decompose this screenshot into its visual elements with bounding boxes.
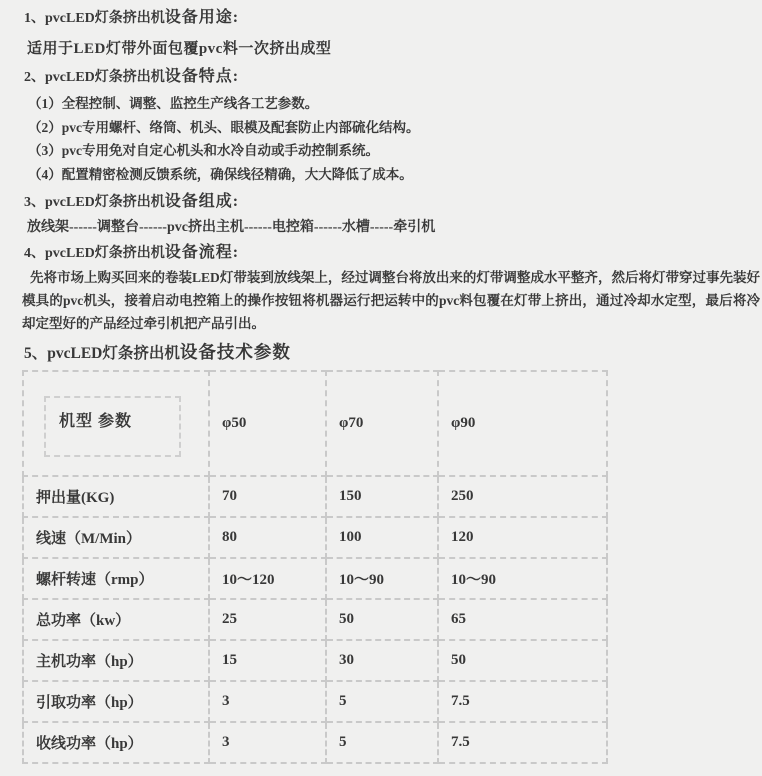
heading-features-prefix: 2、pvcLED灯条挤出机 xyxy=(24,70,165,85)
feature-item-3: （3）pvc专用免对自定心机头和水冷自动或手动控制系统。 xyxy=(28,139,762,163)
heading-composition-prefix: 3、pvcLED灯条挤出机 xyxy=(24,195,165,210)
table-row-output: 押出量(KG) 70 150 250 xyxy=(23,476,607,517)
heading-specs-suffix: 设备技术参数 xyxy=(180,342,291,362)
cell-value: 70 xyxy=(209,476,326,517)
heading-usage-prefix: 1、pvcLED灯条挤出机 xyxy=(24,11,165,26)
heading-features: 2、pvcLED灯条挤出机设备特点: xyxy=(24,66,762,89)
cell-value: 25 xyxy=(209,599,326,640)
cell-value: 250 xyxy=(438,476,607,517)
row-label: 总功率（kw） xyxy=(23,599,209,640)
feature-item-1: （1）全程控制、调整、监控生产线各工艺参数。 xyxy=(28,92,762,116)
cell-value: 10～90 xyxy=(326,558,438,599)
cell-value: 7.5 xyxy=(438,681,607,722)
table-row-main-power: 主机功率（hp） 15 30 50 xyxy=(23,640,607,681)
feature-item-2: （2）pvc专用螺杆、络筒、机头、眼模及配套防止内部硫化结构。 xyxy=(28,116,762,140)
heading-usage: 1、pvcLED灯条挤出机设备用途: xyxy=(24,7,762,30)
heading-process: 4、pvcLED灯条挤出机设备流程: xyxy=(24,242,762,265)
cell-value: 50 xyxy=(438,640,607,681)
table-corner-cell: 机型 参数 xyxy=(23,371,209,476)
table-header-row: 机型 参数 φ50 φ70 φ90 xyxy=(23,371,607,476)
cell-value: 5 xyxy=(326,722,438,763)
process-paragraph: 先将市场上购买回来的卷装LED灯带装到放线架上，经过调整台将放出来的灯带调整成水… xyxy=(22,266,760,335)
heading-specs: 5、pvcLED灯条挤出机设备技术参数 xyxy=(24,341,762,365)
table-corner-label: 机型 参数 xyxy=(44,396,181,457)
cell-value: 7.5 xyxy=(438,722,607,763)
cell-value: 30 xyxy=(326,640,438,681)
cell-value: 120 xyxy=(438,517,607,558)
heading-usage-suffix: 设备用途: xyxy=(165,9,239,26)
row-label: 主机功率（hp） xyxy=(23,640,209,681)
table-row-winding-power: 收线功率（hp） 3 5 7.5 xyxy=(23,722,607,763)
heading-composition: 3、pvcLED灯条挤出机设备组成: xyxy=(24,191,762,214)
table-row-total-power: 总功率（kw） 25 50 65 xyxy=(23,599,607,640)
heading-process-prefix: 4、pvcLED灯条挤出机 xyxy=(24,246,165,261)
cell-value: 65 xyxy=(438,599,607,640)
cell-value: 15 xyxy=(209,640,326,681)
usage-line: 适用于LED灯带外面包覆pvc料一次挤出成型 xyxy=(27,38,762,60)
cell-value: 50 xyxy=(326,599,438,640)
row-label: 螺杆转速（rmp） xyxy=(23,558,209,599)
heading-composition-suffix: 设备组成: xyxy=(165,193,239,210)
heading-features-suffix: 设备特点: xyxy=(165,68,239,85)
row-label: 线速（M/Min） xyxy=(23,517,209,558)
table-row-haul-off-power: 引取功率（hp） 3 5 7.5 xyxy=(23,681,607,722)
cell-value: 150 xyxy=(326,476,438,517)
row-label: 引取功率（hp） xyxy=(23,681,209,722)
column-header-phi90: φ90 xyxy=(438,371,607,476)
specs-table: 机型 参数 φ50 φ70 φ90 押出量(KG) 70 150 250 线速（… xyxy=(22,370,608,764)
cell-value: 3 xyxy=(209,722,326,763)
heading-process-suffix: 设备流程: xyxy=(165,244,239,261)
composition-line: 放线架------调整台------pvc挤出主机------电控箱------… xyxy=(27,217,762,239)
row-label: 收线功率（hp） xyxy=(23,722,209,763)
table-row-line-speed: 线速（M/Min） 80 100 120 xyxy=(23,517,607,558)
column-header-phi70: φ70 xyxy=(326,371,438,476)
feature-list: （1）全程控制、调整、监控生产线各工艺参数。 （2）pvc专用螺杆、络筒、机头、… xyxy=(0,92,762,186)
cell-value: 80 xyxy=(209,517,326,558)
cell-value: 3 xyxy=(209,681,326,722)
heading-specs-prefix: 5、pvcLED灯条挤出机 xyxy=(24,345,180,362)
feature-item-4: （4）配置精密检测反馈系统，确保线径精确，大大降低了成本。 xyxy=(28,163,762,187)
cell-value: 10～90 xyxy=(438,558,607,599)
document-page: 1、pvcLED灯条挤出机设备用途: 适用于LED灯带外面包覆pvc料一次挤出成… xyxy=(0,7,762,764)
column-header-phi50: φ50 xyxy=(209,371,326,476)
row-label: 押出量(KG) xyxy=(23,476,209,517)
cell-value: 100 xyxy=(326,517,438,558)
table-row-screw-speed: 螺杆转速（rmp） 10～120 10～90 10～90 xyxy=(23,558,607,599)
cell-value: 10～120 xyxy=(209,558,326,599)
cell-value: 5 xyxy=(326,681,438,722)
